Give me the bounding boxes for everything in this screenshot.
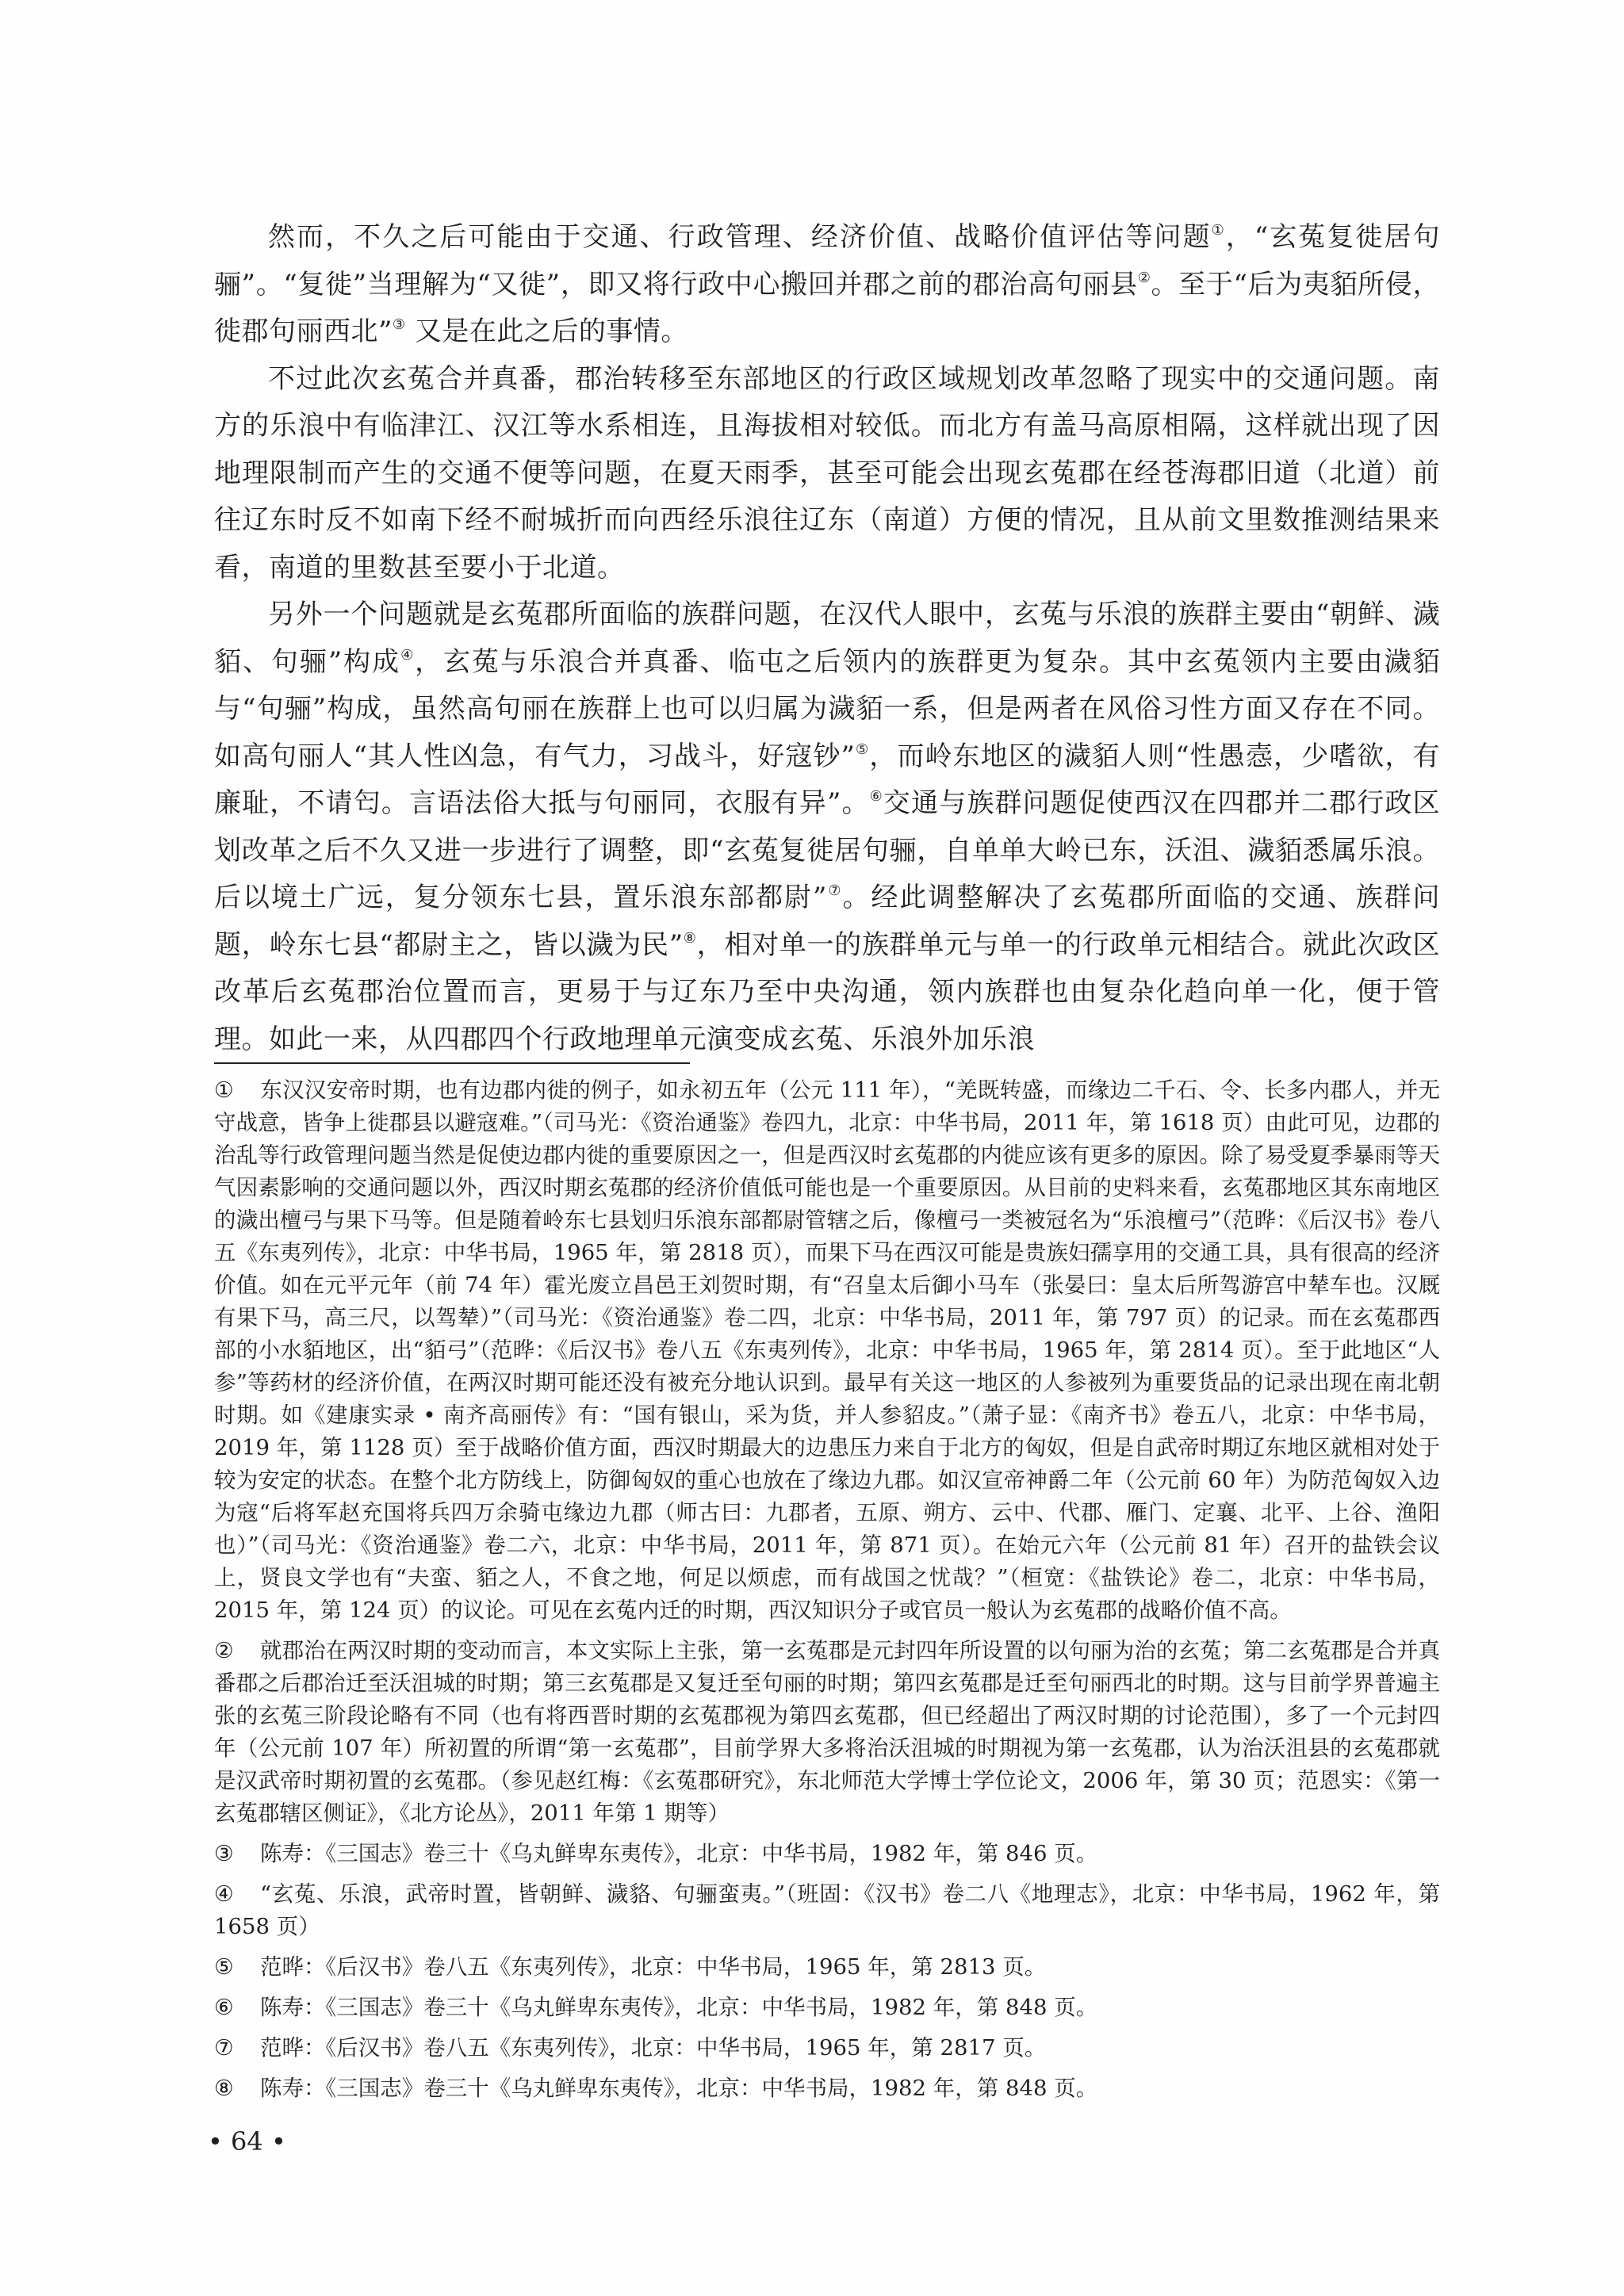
- text-span: 然而，不久之后可能由于交通、行政管理、经济价值、战略价值评估等问题: [268, 221, 1212, 253]
- footnote-ref-5[interactable]: ⑤: [855, 741, 869, 758]
- footnote-ref-8[interactable]: ⑧: [684, 930, 697, 947]
- footnote-marker: ①: [214, 1074, 260, 1107]
- footnote-ref-2[interactable]: ②: [1138, 270, 1151, 286]
- footnote-ref-7[interactable]: ⑦: [827, 882, 843, 899]
- footnote-text: 范晔：《后汉书》卷八五《东夷列传》，北京：中华书局，1965 年，第 2813 …: [260, 1954, 1046, 1980]
- footnote-4: ④“玄菟、乐浪，武帝时置，皆朝鲜、濊貉、句骊蛮夷。”（班固：《汉书》卷二八《地理…: [214, 1878, 1440, 1943]
- footnote-marker: ⑦: [214, 2032, 260, 2064]
- paragraph-2: 不过此次玄菟合并真番，郡治转移至东部地区的行政区域规划改革忽略了现实中的交通问题…: [214, 356, 1440, 592]
- footnote-ref-3[interactable]: ③: [393, 316, 406, 333]
- footnotes: ①东汉汉安帝时期，也有边郡内徙的例子，如永初五年（公元 111 年），“羌既转盛…: [214, 1074, 1440, 2113]
- text-span: 又是在此之后的事情。: [406, 316, 688, 347]
- footnote-6: ⑥陈寿：《三国志》卷三十《乌丸鲜卑东夷传》，北京：中华书局，1982 年，第 8…: [214, 1992, 1440, 2024]
- footnote-ref-4[interactable]: ④: [400, 647, 415, 664]
- body-text: 然而，不久之后可能由于交通、行政管理、经济价值、战略价值评估等问题①，“玄菟复徙…: [214, 214, 1440, 1063]
- footnote-text: “玄菟、乐浪，武帝时置，皆朝鲜、濊貉、句骊蛮夷。”（班固：《汉书》卷二八《地理志…: [214, 1881, 1440, 1939]
- footnote-text: 范晔：《后汉书》卷八五《东夷列传》，北京：中华书局，1965 年，第 2817 …: [260, 2035, 1046, 2061]
- footnote-7: ⑦范晔：《后汉书》卷八五《东夷列传》，北京：中华书局，1965 年，第 2817…: [214, 2032, 1440, 2064]
- footnote-marker: ③: [214, 1838, 260, 1870]
- footnote-marker: ④: [214, 1878, 260, 1911]
- paragraph-3: 另外一个问题就是玄菟郡所面临的族群问题，在汉代人眼中，玄菟与乐浪的族群主要由“朝…: [214, 591, 1440, 1063]
- footnote-text: 陈寿：《三国志》卷三十《乌丸鲜卑东夷传》，北京：中华书局，1982 年，第 84…: [260, 1841, 1097, 1866]
- footnote-8: ⑧陈寿：《三国志》卷三十《乌丸鲜卑东夷传》，北京：中华书局，1982 年，第 8…: [214, 2072, 1440, 2105]
- footnote-ref-6[interactable]: ⑥: [870, 788, 883, 805]
- footnote-2: ②就郡治在两汉时期的变动而言，本文实际上主张，第一玄菟郡是元封四年所设置的以句丽…: [214, 1635, 1440, 1830]
- footnote-marker: ⑤: [214, 1951, 260, 1984]
- footnote-text: 陈寿：《三国志》卷三十《乌丸鲜卑东夷传》，北京：中华书局，1982 年，第 84…: [260, 2076, 1097, 2101]
- footnote-ref-1[interactable]: ①: [1212, 222, 1226, 239]
- footnote-1: ①东汉汉安帝时期，也有边郡内徙的例子，如永初五年（公元 111 年），“羌既转盛…: [214, 1074, 1440, 1627]
- footnote-3: ③陈寿：《三国志》卷三十《乌丸鲜卑东夷传》，北京：中华书局，1982 年，第 8…: [214, 1838, 1440, 1870]
- footnote-text: 东汉汉安帝时期，也有边郡内徙的例子，如永初五年（公元 111 年），“羌既转盛，…: [214, 1077, 1440, 1623]
- footnote-marker: ⑧: [214, 2072, 260, 2105]
- paragraph-1: 然而，不久之后可能由于交通、行政管理、经济价值、战略价值评估等问题①，“玄菟复徙…: [214, 214, 1440, 356]
- footnote-divider: [214, 1062, 690, 1064]
- footnote-marker: ②: [214, 1635, 260, 1667]
- footnote-text: 就郡治在两汉时期的变动而言，本文实际上主张，第一玄菟郡是元封四年所设置的以句丽为…: [214, 1638, 1440, 1826]
- footnote-marker: ⑥: [214, 1992, 260, 2024]
- footnote-5: ⑤范晔：《后汉书》卷八五《东夷列传》，北京：中华书局，1965 年，第 2813…: [214, 1951, 1440, 1984]
- footnote-text: 陈寿：《三国志》卷三十《乌丸鲜卑东夷传》，北京：中华书局，1982 年，第 84…: [260, 1995, 1097, 2020]
- page-number: • 64 •: [208, 2126, 286, 2156]
